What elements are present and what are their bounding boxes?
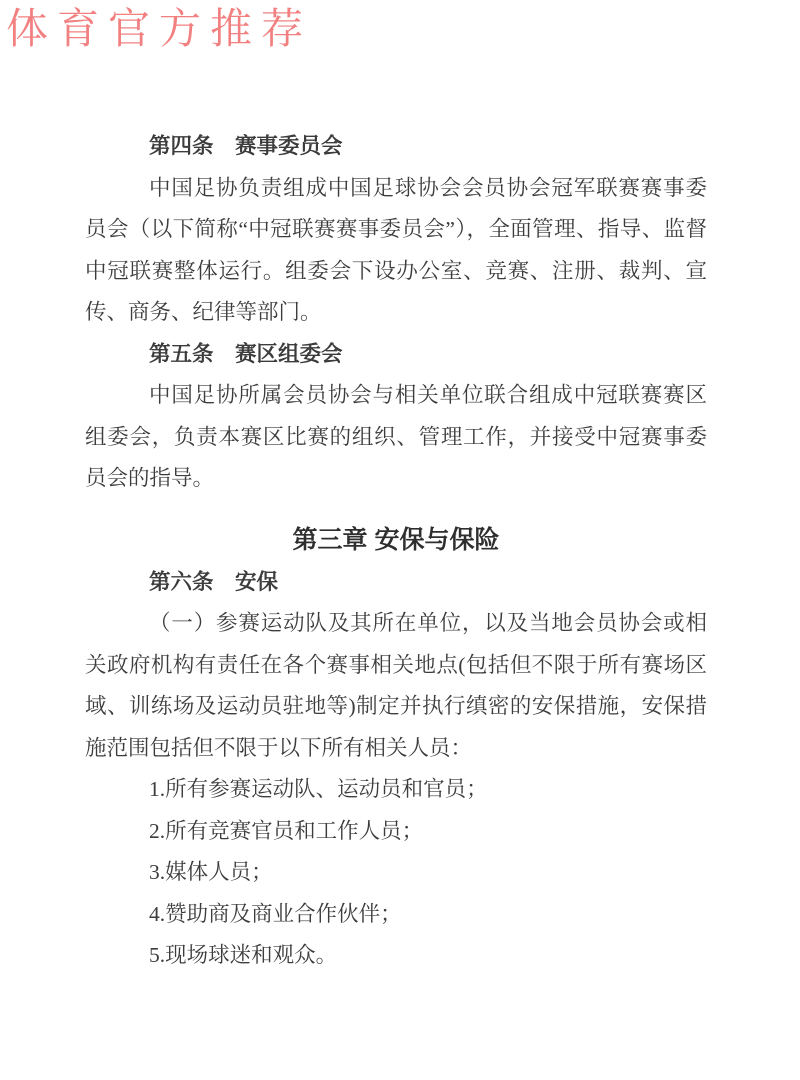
watermark-text: 体育官方推荐 [6, 0, 312, 56]
paragraph-article-4: 中国足协负责组成中国足球协会会员协会冠军联赛赛事委员会（以下简称“中冠联赛赛事委… [85, 168, 707, 334]
paragraph-article-6: （一）参赛运动队及其所在单位，以及当地会员协会或相关政府机构有责任在各个赛事相关… [85, 603, 707, 769]
chapter-heading-3: 第三章 安保与保险 [85, 518, 707, 562]
article-heading-4: 第四条 赛事委员会 [85, 126, 707, 168]
list-item-5: 5.现场球迷和观众。 [85, 935, 707, 977]
paragraph-article-5: 中国足协所属会员协会与相关单位联合组成中冠联赛赛区组委会，负责本赛区比赛的组织、… [85, 375, 707, 500]
list-item-2: 2.所有竞赛官员和工作人员； [85, 811, 707, 853]
list-item-1: 1.所有参赛运动队、运动员和官员； [85, 769, 707, 811]
list-item-3: 3.媒体人员； [85, 852, 707, 894]
article-heading-5: 第五条 赛区组委会 [85, 334, 707, 376]
article-heading-6: 第六条 安保 [85, 562, 707, 604]
document-page: 第四条 赛事委员会 中国足协负责组成中国足球协会会员协会冠军联赛赛事委员会（以下… [85, 126, 707, 977]
list-item-4: 4.赞助商及商业合作伙伴； [85, 894, 707, 936]
